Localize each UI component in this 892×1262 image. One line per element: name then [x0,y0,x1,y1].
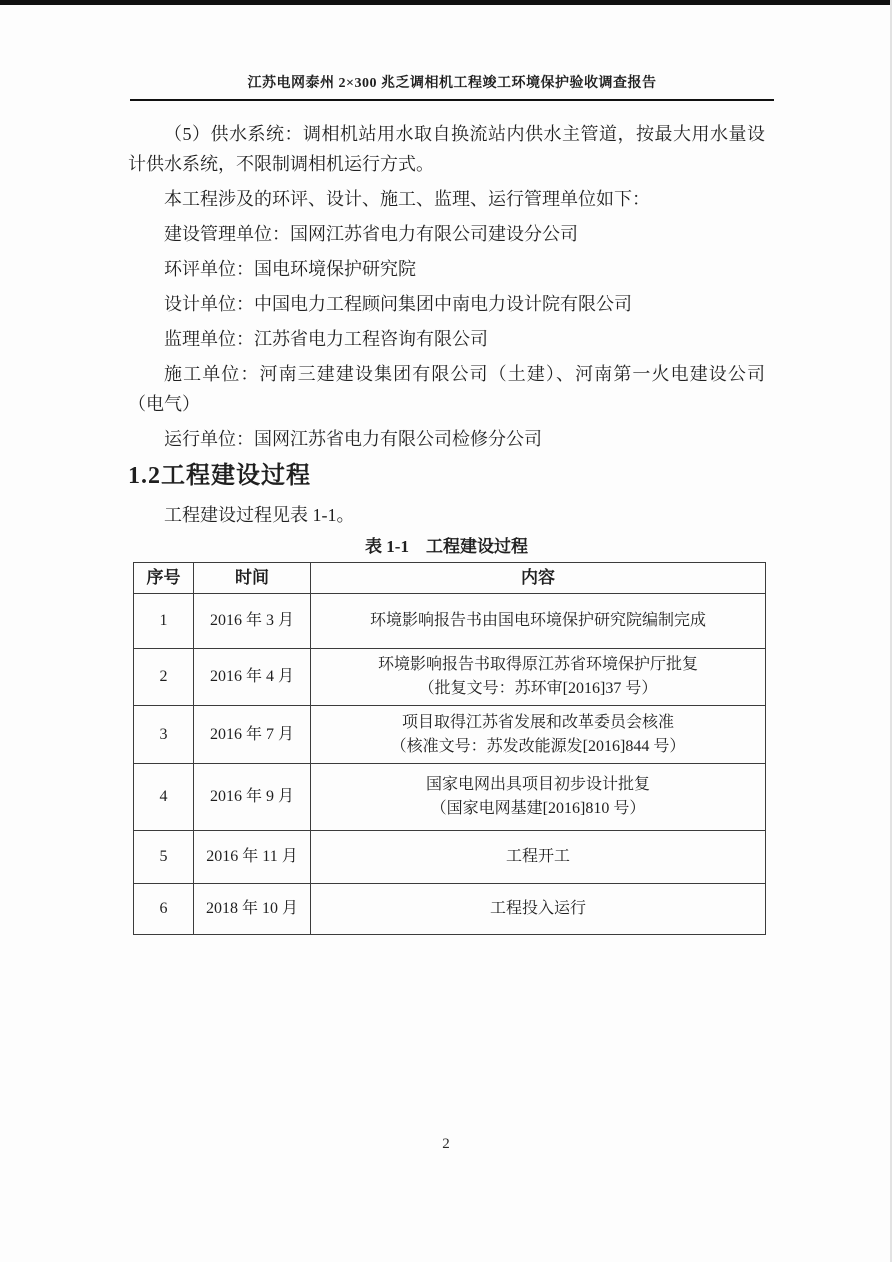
cell-time: 2016 年 9 月 [194,764,311,831]
cell-time: 2016 年 4 月 [194,649,311,706]
construction-process-table: 序号 时间 内容 1 2016 年 3 月 环境影响报告书由国电环境保护研究院编… [133,562,766,935]
table-row: 5 2016 年 11 月 工程开工 [134,831,766,884]
paragraph-operation-unit: 运行单位：国网江苏省电力有限公司检修分公司 [128,424,765,454]
document-body: （5）供水系统：调相机站用水取自换流站内供水主管道，按最大用水量设计供水系统，不… [128,119,765,935]
header-rule [130,99,774,101]
section-heading-1-2: 1.2工程建设过程 [128,460,765,492]
paragraph-units-intro: 本工程涉及的环评、设计、施工、监理、运行管理单位如下： [128,184,765,214]
cell-content: 环境影响报告书取得原江苏省环境保护厅批复 （批复文号：苏环审[2016]37 号… [311,649,766,706]
cell-no: 4 [134,764,194,831]
paragraph-supervision-unit: 监理单位：江苏省电力工程咨询有限公司 [128,324,765,354]
table-row: 6 2018 年 10 月 工程投入运行 [134,884,766,935]
paragraph-construction-management-unit: 建设管理单位：国网江苏省电力有限公司建设分公司 [128,219,765,249]
table-header-row: 序号 时间 内容 [134,563,766,594]
table-row: 1 2016 年 3 月 环境影响报告书由国电环境保护研究院编制完成 [134,594,766,649]
running-title: 江苏电网泰州 2×300 兆乏调相机工程竣工环境保护验收调查报告 [130,74,774,94]
paragraph-construction-unit: 施工单位：河南三建建设集团有限公司（土建）、河南第一火电建设公司（电气） [128,359,765,419]
table-row: 3 2016 年 7 月 项目取得江苏省发展和改革委员会核准 （核准文号：苏发改… [134,706,766,764]
paragraph-eia-unit: 环评单位：国电环境保护研究院 [128,254,765,284]
scan-top-edge [0,0,892,5]
cell-no: 5 [134,831,194,884]
page-number: 2 [0,1136,892,1153]
table-caption: 表 1-1 工程建设过程 [128,536,765,558]
cell-time: 2016 年 7 月 [194,706,311,764]
table-row: 2 2016 年 4 月 环境影响报告书取得原江苏省环境保护厅批复 （批复文号：… [134,649,766,706]
cell-no: 3 [134,706,194,764]
paragraph-water-supply: （5）供水系统：调相机站用水取自换流站内供水主管道，按最大用水量设计供水系统，不… [128,119,765,179]
paragraph-design-unit: 设计单位：中国电力工程顾问集团中南电力设计院有限公司 [128,289,765,319]
table-intro-paragraph: 工程建设过程见表 1-1。 [128,500,765,530]
cell-no: 6 [134,884,194,935]
cell-no: 2 [134,649,194,706]
cell-time: 2016 年 3 月 [194,594,311,649]
cell-content: 工程开工 [311,831,766,884]
column-header-time: 时间 [194,563,311,594]
cell-content: 国家电网出具项目初步设计批复 （国家电网基建[2016]810 号） [311,764,766,831]
column-header-content: 内容 [311,563,766,594]
column-header-no: 序号 [134,563,194,594]
cell-content: 工程投入运行 [311,884,766,935]
cell-time: 2016 年 11 月 [194,831,311,884]
page-header: 江苏电网泰州 2×300 兆乏调相机工程竣工环境保护验收调查报告 [130,0,774,101]
cell-content: 环境影响报告书由国电环境保护研究院编制完成 [311,594,766,649]
cell-no: 1 [134,594,194,649]
table-row: 4 2016 年 9 月 国家电网出具项目初步设计批复 （国家电网基建[2016… [134,764,766,831]
cell-time: 2018 年 10 月 [194,884,311,935]
cell-content: 项目取得江苏省发展和改革委员会核准 （核准文号：苏发改能源发[2016]844 … [311,706,766,764]
